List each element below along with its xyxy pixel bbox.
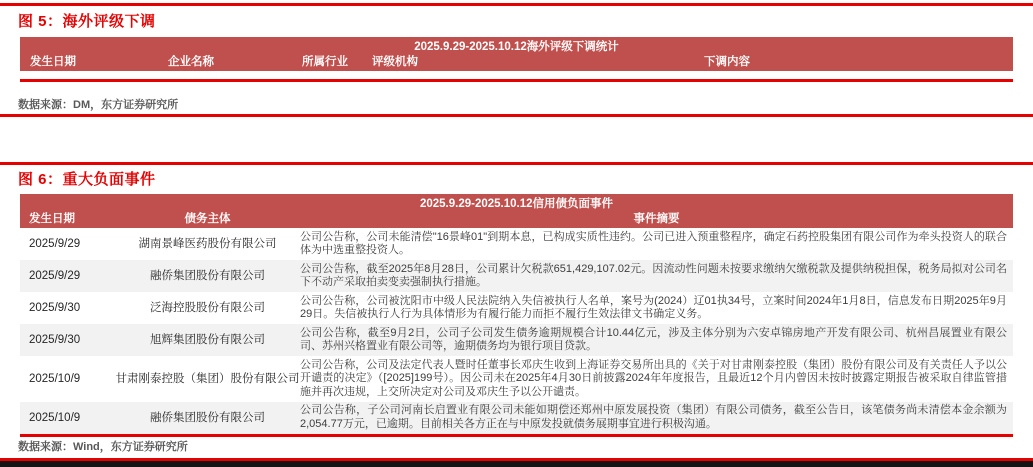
figure6-table-bottom-rule [20,434,1013,437]
column-header-company: 企业名称 [168,55,214,69]
table-row: 2025/9/29 融侨集团股份有限公司 公司公告称，截至2025年8月28日，… [20,260,1013,292]
entity-cell: 融侨集团股份有限公司 [115,411,300,425]
figure5-table-caption: 2025.9.29-2025.10.12海外评级下调统计 [20,39,1013,55]
figure6-table: 2025.9.29-2025.10.12信用债负面事件 发生日期 债务主体 事件… [20,194,1013,437]
figure5-title: 图 5：海外评级下调 [18,10,156,31]
date-cell: 2025/10/9 [20,412,115,424]
table-row: 2025/9/29 湖南景峰医药股份有限公司 公司公告称，公司未能清偿"16景峰… [20,228,1013,260]
column-header-date: 发生日期 [20,212,115,227]
figure6-column-headers: 发生日期 债务主体 事件摘要 [20,212,1013,227]
table-row: 2025/9/30 泛海控股股份有限公司 公司公告称，公司被沈阳市中级人民法院纳… [20,292,1013,324]
date-cell: 2025/9/29 [20,270,115,282]
entity-cell: 湖南景峰医药股份有限公司 [115,237,300,251]
date-cell: 2025/9/29 [20,238,115,250]
summary-cell: 公司公告称，公司未能清偿"16景峰01"到期本息，已构成实质性违约。公司已进入预… [300,228,1013,260]
summary-cell: 公司公告称，截至9月2日，公司子公司发生债务逾期规模合计10.44亿元，涉及主体… [300,324,1013,356]
column-header-downgrade: 下调内容 [704,55,750,69]
column-header-agency: 评级机构 [372,55,418,69]
figure6-title: 图 6：重大负面事件 [18,168,156,189]
figure5-source-note: 数据来源：DM，东方证券研究所 [18,96,178,112]
divider-rule-before-figure6 [0,162,1033,165]
summary-cell: 公司公告称，截至2025年8月28日，公司累计欠税款651,429,107.02… [300,260,1013,292]
figure6-table-caption: 2025.9.29-2025.10.12信用债负面事件 [20,196,1013,212]
figure5-empty-body [20,71,1013,79]
date-cell: 2025/10/9 [20,373,115,385]
figure5-table-bottom-rule [20,79,1013,82]
figure6-table-header: 2025.9.29-2025.10.12信用债负面事件 发生日期 债务主体 事件… [20,194,1013,228]
summary-cell: 公司公告称，公司被沈阳市中级人民法院纳入失信被执行人名单，案号为(2024）辽0… [300,292,1013,324]
column-header-event-summary: 事件摘要 [300,212,1013,227]
table-row: 2025/10/9 融侨集团股份有限公司 公司公告称，子公司河南长启置业有限公司… [20,402,1013,434]
entity-cell: 融侨集团股份有限公司 [115,269,300,283]
footer-bar [0,461,1033,467]
date-cell: 2025/9/30 [20,302,115,314]
entity-cell: 泛海控股股份有限公司 [115,301,300,315]
entity-cell: 甘肃刚泰控股（集团）股份有限公司 [115,372,300,386]
summary-cell: 公司公告称，公司及法定代表人暨时任董事长邓庆生收到上海证券交易所出具的《关于对甘… [300,356,1013,402]
figure6-table-body: 2025/9/29 湖南景峰医药股份有限公司 公司公告称，公司未能清偿"16景峰… [20,228,1013,434]
top-rule [0,3,1033,6]
summary-cell: 公司公告称，子公司河南长启置业有限公司未能如期偿还郑州中原发展投资（集团）有限公… [300,402,1013,434]
figure5-column-headers: 发生日期 企业名称 所属行业 评级机构 下调内容 [20,55,1013,70]
date-cell: 2025/9/30 [20,334,115,346]
entity-cell: 旭辉集团股份有限公司 [115,333,300,347]
column-header-date: 发生日期 [30,55,76,69]
table-row: 2025/10/9 甘肃刚泰控股（集团）股份有限公司 公司公告称，公司及法定代表… [20,356,1013,402]
figure5-table: 2025.9.29-2025.10.12海外评级下调统计 发生日期 企业名称 所… [20,37,1013,82]
column-header-debtor: 债务主体 [115,212,300,227]
figure5-table-header: 2025.9.29-2025.10.12海外评级下调统计 发生日期 企业名称 所… [20,37,1013,71]
column-header-industry: 所属行业 [302,55,348,69]
divider-rule-after-figure5 [0,114,1033,117]
table-row: 2025/9/30 旭辉集团股份有限公司 公司公告称，截至9月2日，公司子公司发… [20,324,1013,356]
figure6-source-note: 数据来源：Wind，东方证券研究所 [18,438,188,454]
